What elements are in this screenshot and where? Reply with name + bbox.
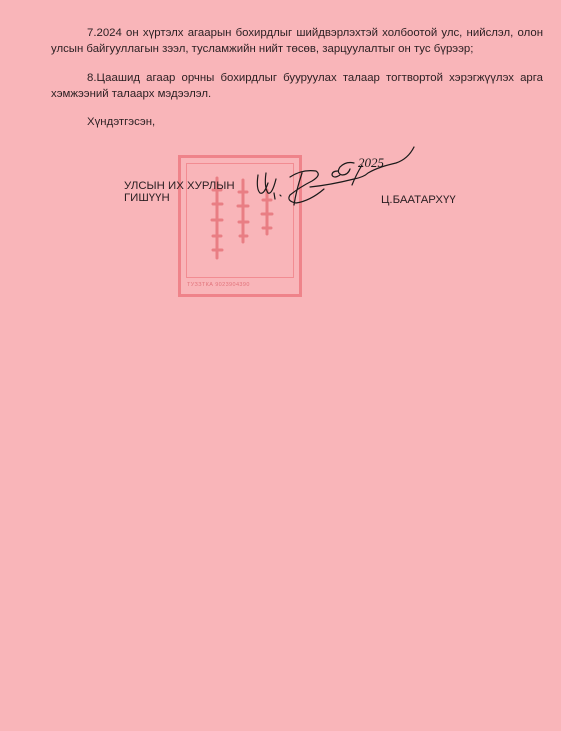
document-page: 7.2024 он хүртэлх агаарын бохирдлыг шийд… <box>0 0 561 731</box>
signature-date: 2025 <box>358 155 385 170</box>
closing-salutation: Хүндэтгэсэн, <box>87 116 155 128</box>
stamp-registration-number: ТУЗЗТКА 9023904390 <box>187 282 293 292</box>
signatory-title-line-1: УЛСЫН ИХ ХУРЛЫН <box>124 181 235 193</box>
paragraph-item-7: 7.2024 он хүртэлх агаарын бохирдлыг шийд… <box>51 25 543 57</box>
signatory-name: Ц.БААТАРХҮҮ <box>381 194 456 206</box>
signatory-title: УЛСЫН ИХ ХУРЛЫН ГИШҮҮН <box>124 181 235 204</box>
signatory-title-line-2: ГИШҮҮН <box>124 193 235 205</box>
paragraph-item-8: 8.Цаашид агаар орчны бохирдлыг бууруулах… <box>51 70 543 102</box>
